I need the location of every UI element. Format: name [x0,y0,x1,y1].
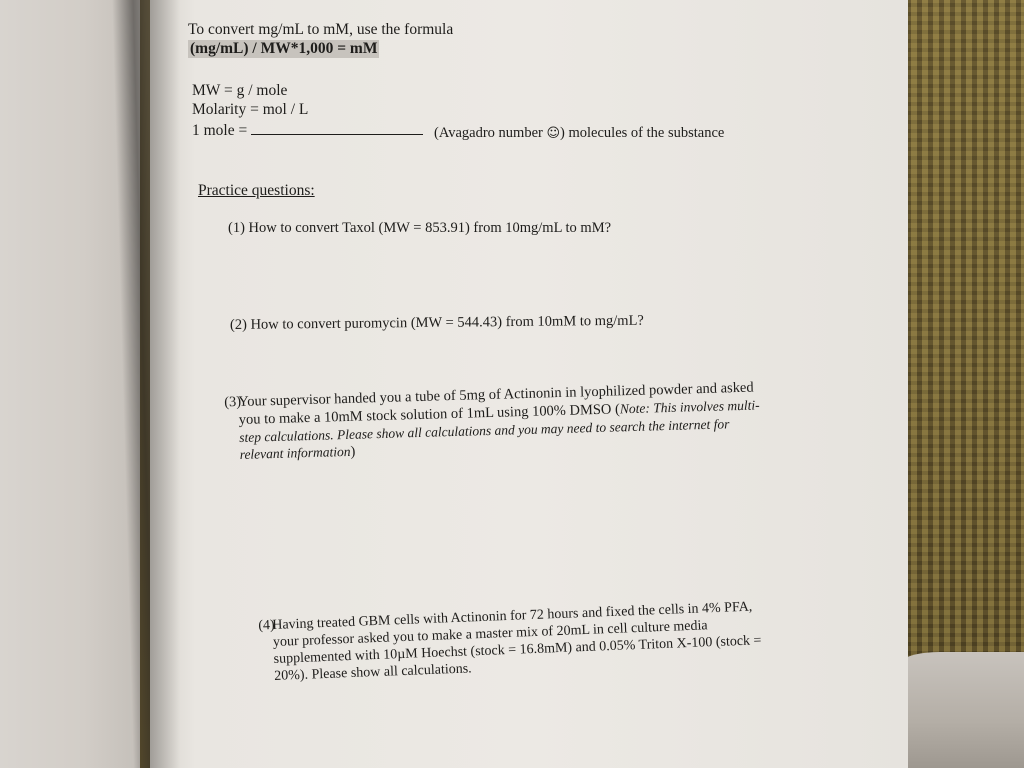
definition-mole: 1 mole = [192,120,423,140]
smiley-icon: ☺ [546,126,560,141]
question-2: (2) How to convert puromycin (MW = 544.4… [230,312,644,334]
intro-text: To convert mg/mL to mM, use the formula [188,21,453,39]
question-3-number: (3) [224,394,241,411]
photo-scene: To convert mg/mL to mM, use the formula … [0,0,1024,768]
avogadro-text-end: ) molecules of the substance [560,125,724,141]
question-3-close-paren: ) [350,444,355,460]
definition-mw: MW = g / mole [192,82,287,100]
avogadro-text: (Avagadro number [434,125,546,141]
question-4: (4) Having treated GBM cells with Actino… [272,596,814,685]
avogadro-note: (Avagadro number ☺) molecules of the sub… [434,124,724,143]
cushion-background [900,652,1024,768]
question-3: (3) Your supervisor handed you a tube of… [238,377,840,464]
question-3-note-end: relevant information [239,444,350,462]
question-4-number: (4) [258,617,275,635]
question-1: (1) How to convert Taxol (MW = 853.91) f… [228,219,611,237]
mole-label: 1 mole = [192,122,247,139]
definition-molarity: Molarity = mol / L [192,101,308,119]
practice-heading: Practice questions: [198,182,315,200]
worksheet-page: To convert mg/mL to mM, use the formula … [150,0,908,768]
formula-highlight: (mg/mL) / MW*1,000 = mM [188,40,379,58]
question-3-note: Note: This involves multi- [620,397,760,416]
couch-fabric-background [900,0,1024,660]
fill-in-blank[interactable] [251,120,423,135]
